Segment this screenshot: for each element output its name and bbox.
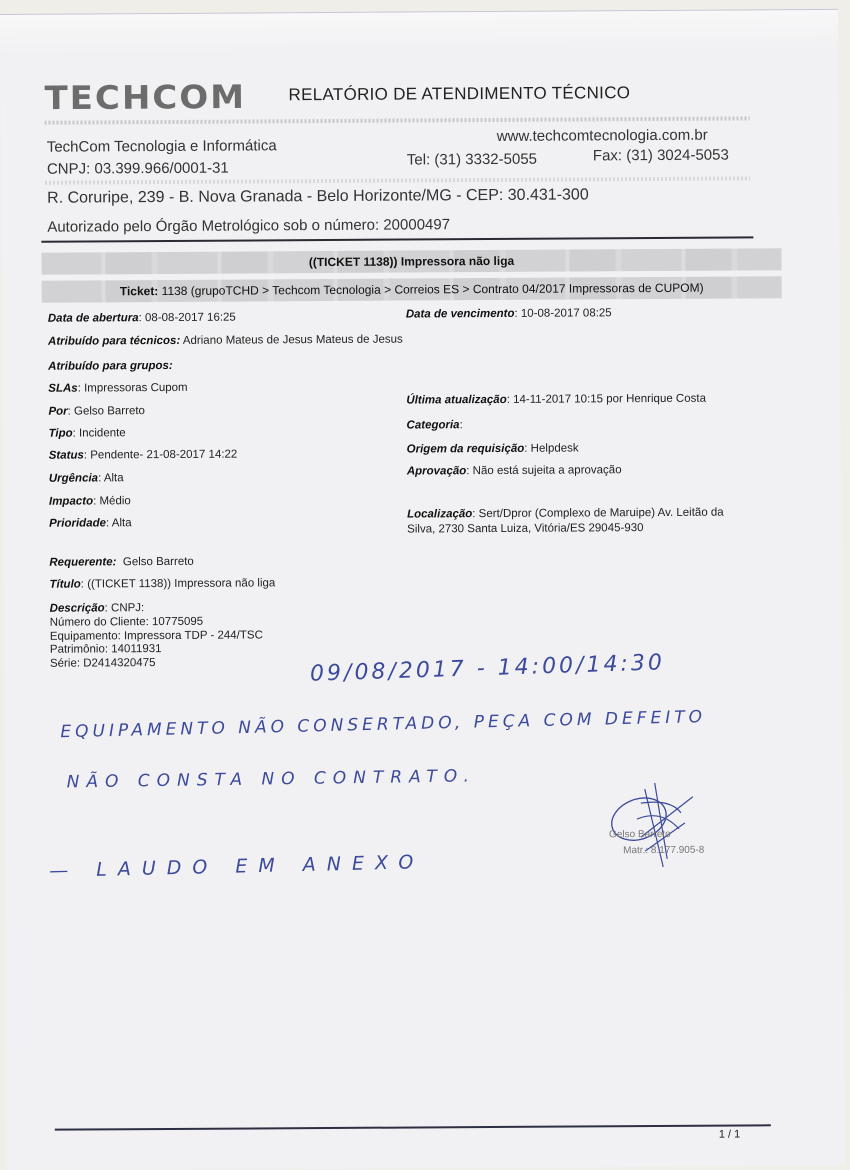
right-label: Origem da requisição (407, 443, 525, 456)
authorization-text: Autorizado pelo Órgão Metrológico sob o … (47, 216, 450, 235)
description-first: : CNPJ: (105, 602, 145, 614)
left-label: Urgência (49, 472, 98, 484)
left-label: Status (49, 449, 84, 461)
description-line: Número do Cliente: 10775095 (50, 615, 263, 630)
left-value: : Alta (106, 517, 132, 529)
right-field: Aprovação: Não está sujeita a aprovação (407, 464, 622, 477)
ticket-path-value: 1138 (grupoTCHD > Techcom Tecnologia > C… (162, 281, 704, 298)
report-title: RELATÓRIO DE ATENDIMENTO TÉCNICO (288, 83, 630, 105)
left-field: Por: Gelso Barreto (48, 405, 145, 418)
location-value-1: : Sert/Dpror (Complexo de Maruipe) Av. L… (472, 507, 723, 521)
handwritten-line-2: NÃO CONSTA NO CONTRATO. (67, 766, 477, 792)
signature-matricula: Matr.: 8.177.905-8 (623, 845, 704, 856)
handwritten-datetime: 09/08/2017 - 14:00/14:30 (310, 650, 666, 686)
ticket-path: Ticket: 1138 (grupoTCHD > Techcom Tecnol… (42, 280, 782, 299)
description-field: Descrição: CNPJ: (50, 602, 145, 615)
left-label: Por (48, 406, 67, 418)
header-bottom-rule (41, 236, 753, 242)
right-label: Categoria (406, 419, 459, 431)
left-field: Urgência: Alta (49, 472, 124, 484)
left-label: Atribuído para grupos: (48, 360, 173, 373)
handwritten-line-3: — LAUDO EM ANEXO (49, 851, 425, 882)
requester-label: Requerente: (49, 556, 116, 568)
left-label: Data de abertura (48, 312, 139, 325)
left-value: : Pendente- 21-08-2017 14:22 (84, 449, 238, 462)
left-field: Prioridade: Alta (49, 517, 132, 530)
right-label: Última atualização (406, 394, 506, 407)
right-field: Última atualização: 14-11-2017 10:15 por… (406, 393, 706, 407)
description-line: Série: D2414320475 (50, 656, 263, 671)
left-field: SLAs: Impressoras Cupom (48, 382, 187, 395)
location-label: Localização (407, 508, 472, 520)
ticket-label: Ticket: (120, 284, 159, 298)
requester-field: Requerente: Gelso Barreto (49, 556, 194, 569)
signature-stamp: Gelso Barreto Matr.: 8.177.905-8 (601, 778, 742, 869)
right-value: : (460, 419, 463, 431)
description-lines: Número do Cliente: 10775095Equipamento: … (50, 615, 263, 670)
location-field: Localização: Sert/Dpror (Complexo de Mar… (407, 507, 724, 521)
left-value: : Impressoras Cupom (78, 382, 188, 395)
ticket-path-band: Ticket: 1138 (grupoTCHD > Techcom Tecnol… (42, 276, 782, 303)
right-value: : 10-08-2017 08:25 (514, 307, 611, 320)
techcom-logo: TECHCOM (44, 78, 246, 117)
left-label: SLAs (48, 383, 77, 395)
company-address: R. Coruripe, 239 - B. Nova Granada - Bel… (47, 186, 589, 207)
footer-rule (55, 1124, 771, 1130)
company-fax: Fax: (31) 3024-5053 (593, 147, 729, 165)
ticket-title-band: ((TICKET 1138)) Impressora não liga (41, 248, 781, 275)
titulo-value: : ((TICKET 1138)) Impressora não liga (81, 577, 276, 590)
company-cnpj: CNPJ: 03.399.966/0001-31 (47, 160, 229, 178)
right-label: Data de vencimento (406, 308, 515, 321)
requester-value: Gelso Barreto (123, 556, 194, 568)
header-divider-2 (45, 176, 750, 184)
description-line: Patrimônio: 14011931 (50, 642, 263, 657)
right-value: : Helpdesk (524, 442, 578, 454)
description-line: Equipamento: Impressora TDP - 244/TSC (50, 629, 263, 644)
company-name: TechCom Tecnologia e Informática (47, 137, 277, 155)
right-field: Origem da requisição: Helpdesk (407, 442, 579, 455)
right-value: : 14-11-2017 10:15 por Henrique Costa (507, 393, 706, 406)
right-value: : Não está sujeita a aprovação (466, 464, 621, 477)
left-label: Tipo (49, 428, 73, 440)
left-label: Prioridade (49, 517, 106, 529)
titulo-label: Título (49, 579, 80, 591)
document-page: TECHCOM RELATÓRIO DE ATENDIMENTO TÉCNICO… (0, 9, 845, 1170)
left-value: : Alta (98, 472, 124, 484)
left-value: : Gelso Barreto (68, 405, 145, 417)
left-value: Adriano Mateus de Jesus Mateus de Jesus (180, 334, 403, 347)
ticket-fields-left: Data de abertura: 08-08-2017 16:25Atribu… (0, 10, 838, 15)
page-number: 1 / 1 (719, 1128, 740, 1140)
ticket-fields-right: Data de vencimento: 10-08-2017 08:25Últi… (0, 10, 838, 15)
right-label: Aprovação (407, 465, 467, 477)
company-website: www.techcomtecnologia.com.br (497, 127, 708, 145)
left-field: Tipo: Incidente (49, 427, 126, 439)
company-tel: Tel: (31) 3332-5055 (407, 151, 537, 169)
left-label: Atribuído para técnicos: (48, 335, 180, 348)
titulo-field: Título: ((TICKET 1138)) Impressora não l… (49, 577, 275, 590)
left-field: Data de abertura: 08-08-2017 16:25 (48, 312, 236, 325)
left-value: : 08-08-2017 16:25 (139, 312, 236, 325)
left-field: Atribuído para grupos: (48, 360, 173, 373)
description-label: Descrição (50, 602, 105, 614)
signature-name: Gelso Barreto (609, 829, 671, 840)
location-value-2: Silva, 2730 Santa Luiza, Vitória/ES 2904… (407, 522, 643, 535)
ticket-title: ((TICKET 1138)) Impressora não liga (41, 252, 781, 271)
right-field: Data de vencimento: 10-08-2017 08:25 (406, 307, 612, 320)
left-value: : Médio (93, 495, 131, 507)
left-field: Status: Pendente- 21-08-2017 14:22 (49, 449, 238, 462)
right-field: Categoria: (406, 419, 462, 431)
left-label: Impacto (49, 495, 93, 507)
left-field: Atribuído para técnicos: Adriano Mateus … (48, 334, 403, 348)
left-field: Impacto: Médio (49, 495, 131, 507)
header-divider (45, 116, 750, 124)
handwritten-line-1: EQUIPAMENTO NÃO CONSERTADO, PEÇA COM DEF… (60, 707, 706, 742)
left-value: : Incidente (73, 427, 126, 439)
